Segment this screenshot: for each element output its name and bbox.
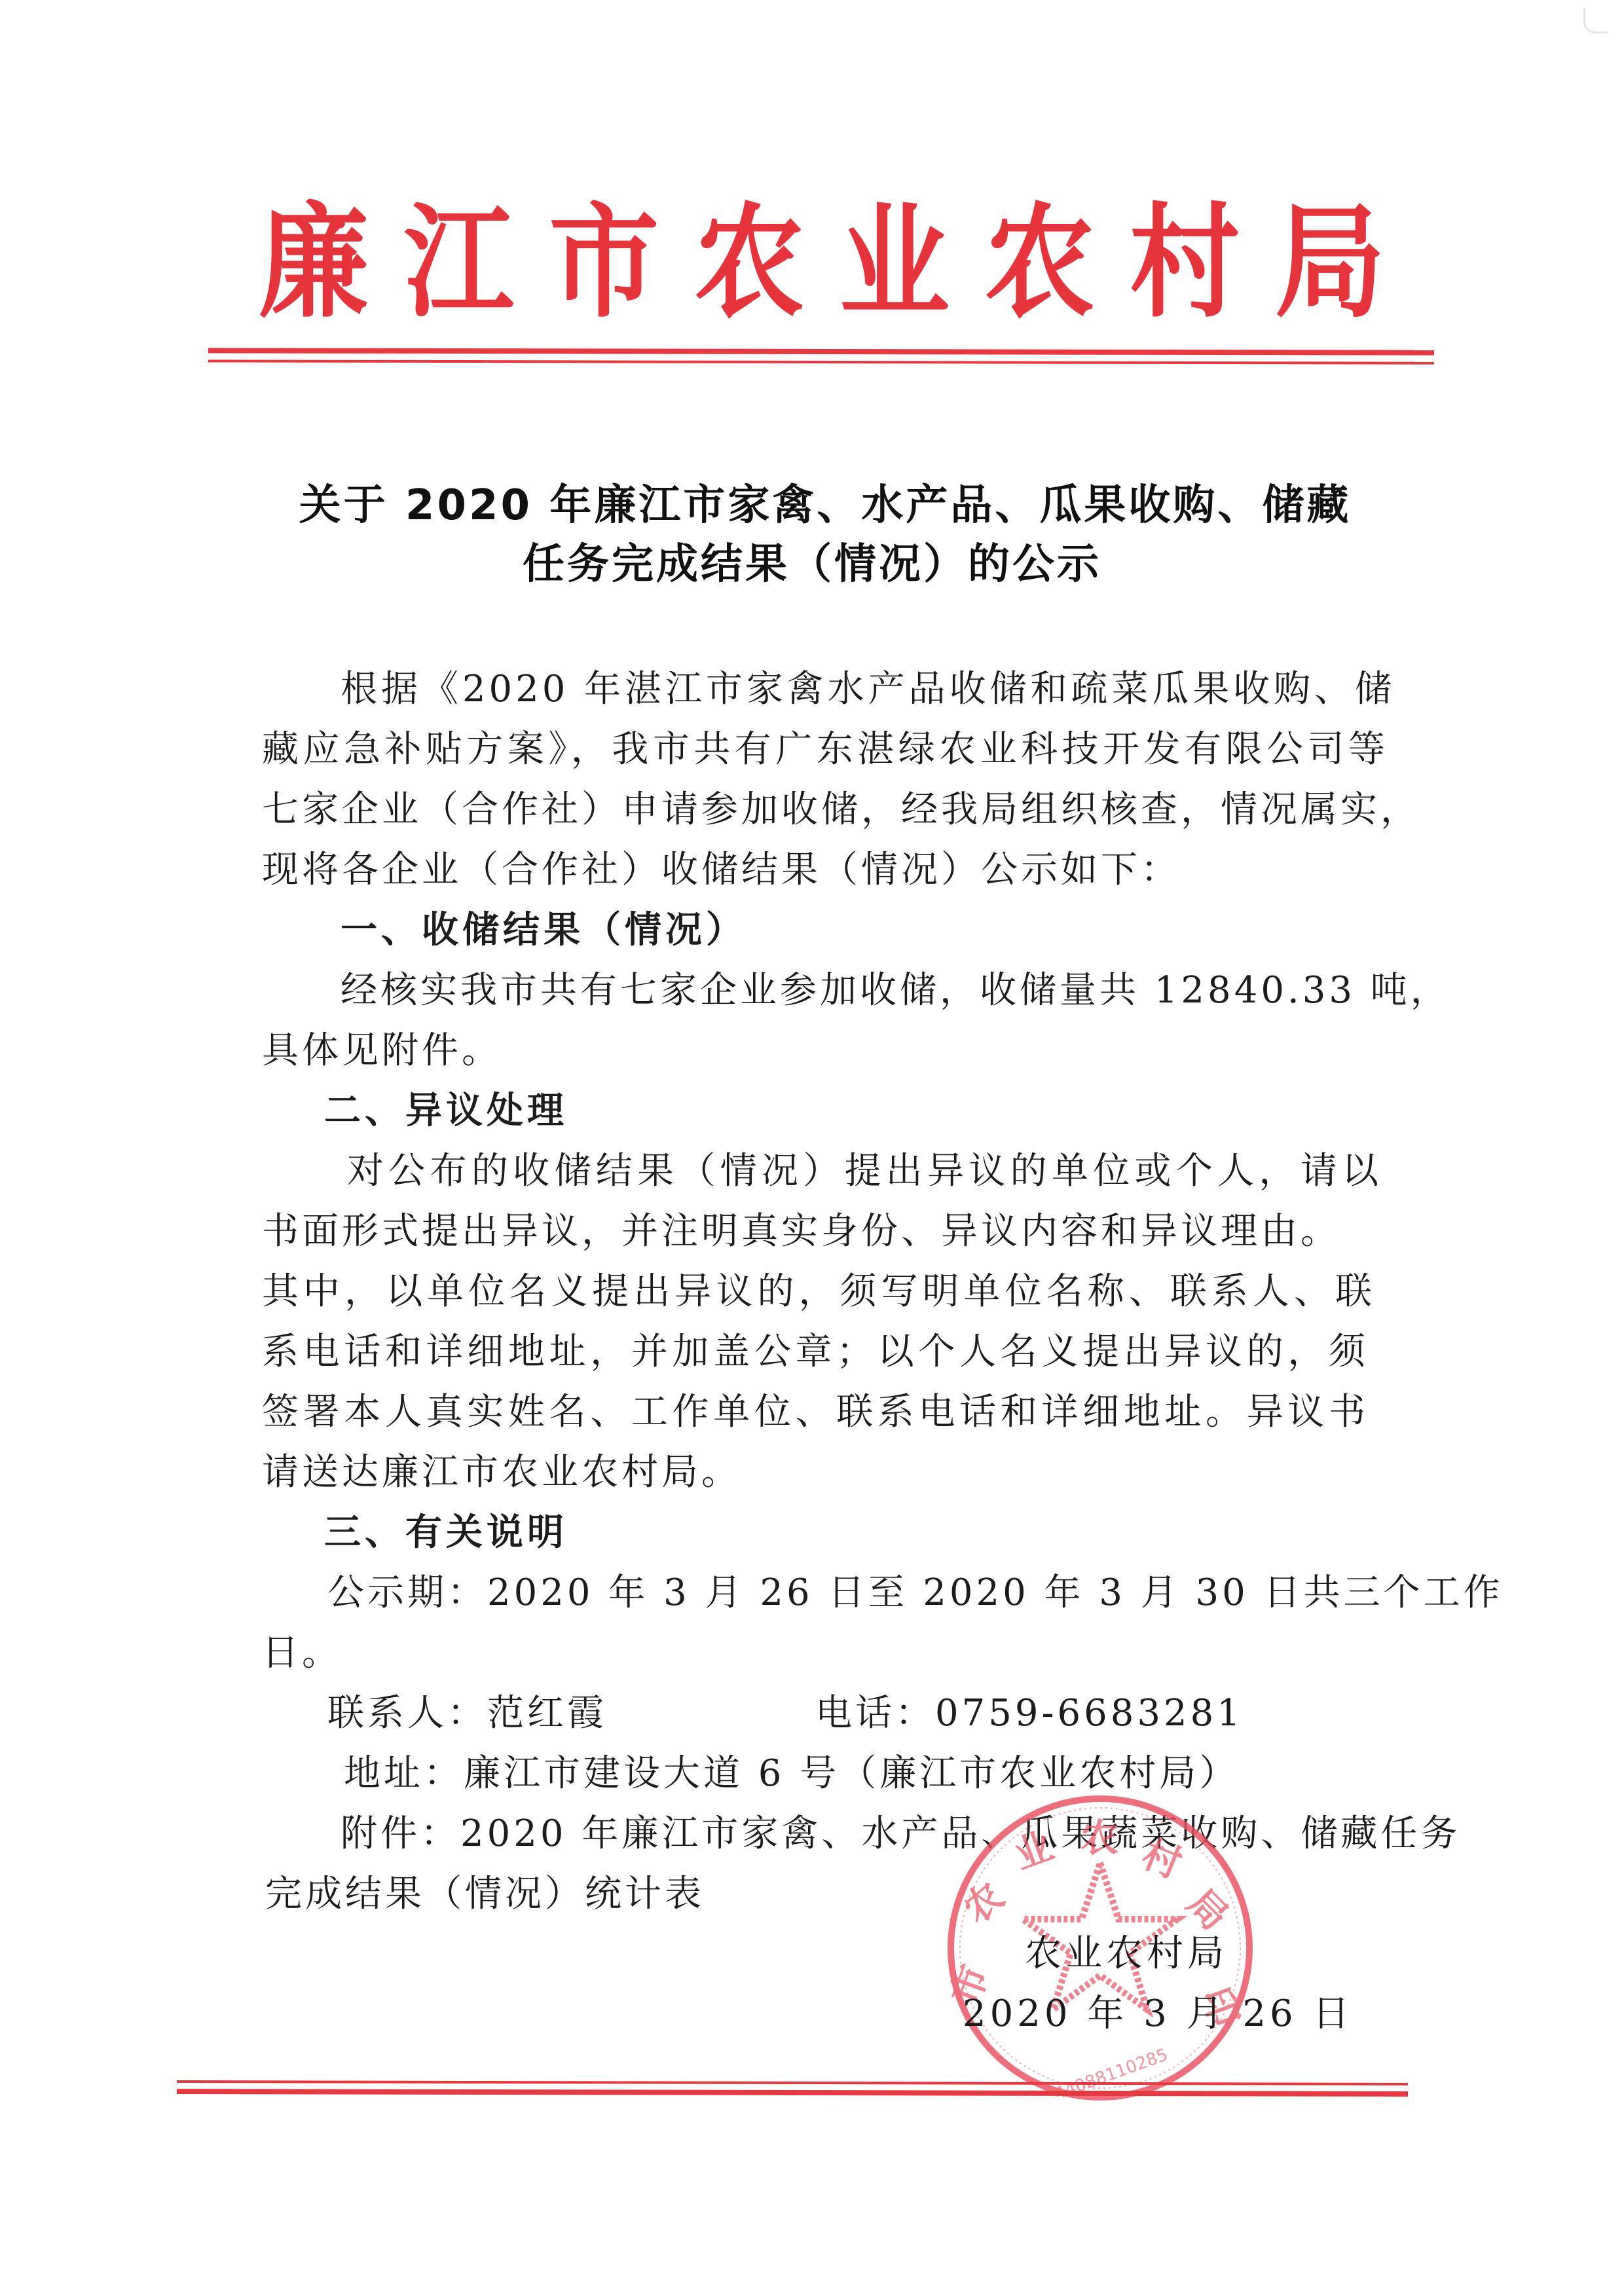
scan-corner-mark bbox=[1583, 8, 1608, 33]
signature-organization: 农业农村局 bbox=[1025, 1936, 1228, 1972]
section-line: 对公布的收储结果（情况）提出异议的单位或个人，请以 bbox=[347, 1153, 1382, 1190]
svg-text:村: 村 bbox=[1136, 1831, 1188, 1887]
section-line: 其中，以单位名义提出异议的，须写明单位名称、联系人、联 bbox=[262, 1274, 1375, 1310]
svg-text:业: 业 bbox=[1008, 1823, 1060, 1878]
intro-line: 藏应急补贴方案》，我市共有广东湛绿农业科技开发有限公司等 bbox=[262, 731, 1388, 768]
intro-line: 七家企业（合作社）申请参加收储，经我局组织核查，情况属实， bbox=[262, 792, 1388, 828]
letterhead-char: 村 bbox=[1130, 200, 1240, 323]
section-line: 签署本人真实姓名、工作单位、联系电话和详细地址。异议书 bbox=[262, 1394, 1369, 1431]
contact-phone-label: 电话： bbox=[815, 1692, 935, 1735]
letterhead-char: 业 bbox=[840, 200, 950, 323]
letterhead-char: 局 bbox=[1275, 200, 1385, 323]
letterhead-char: 农 bbox=[985, 200, 1095, 323]
svg-text:局: 局 bbox=[1179, 1881, 1237, 1939]
letterhead-char: 廉 bbox=[259, 200, 369, 323]
letterhead-divider-thick bbox=[208, 348, 1434, 355]
contact-phone: 电话：0759-6683281 bbox=[815, 1695, 1244, 1732]
intro-line: 根据《2020 年湛江市家禽水产品收储和疏菜瓜果收购、储 bbox=[341, 671, 1395, 708]
document-title-line-2: 任务完成结果（情况）的公示 bbox=[0, 543, 1624, 585]
letterhead-divider-thin bbox=[208, 359, 1434, 364]
letterhead-char: 江 bbox=[404, 200, 514, 323]
letterhead-char: 市 bbox=[549, 200, 659, 323]
attachment-line: 完成结果（情况）统计表 bbox=[265, 1876, 705, 1913]
intro-line: 现将各企业（合作社）收储结果（情况）公示如下： bbox=[262, 852, 1181, 889]
section-line: 请送达廉江市农业农村局。 bbox=[262, 1454, 741, 1491]
svg-text:农: 农 bbox=[1080, 1816, 1118, 1860]
contact-person-name: 范红霞 bbox=[487, 1692, 607, 1735]
section-heading-notes: 三、有关说明 bbox=[324, 1515, 568, 1551]
section-heading-results: 一、收储结果（情况） bbox=[341, 912, 747, 949]
section-line: 具体见附件。 bbox=[262, 1033, 502, 1069]
document-title-line-1: 关于 2020 年廉江市家禽、水产品、瓜果收购、储藏 bbox=[0, 485, 1624, 526]
contact-person: 联系人：范红霞 bbox=[327, 1695, 607, 1732]
contact-address: 地址：廉江市建设大道 6 号（廉江市农业农村局） bbox=[344, 1755, 1239, 1792]
section-line: 经核实我市共有七家企业参加收储，收储量共 12840.33 吨， bbox=[341, 972, 1395, 1009]
notice-period-line: 公示期：2020 年 3 月 26 日至 2020 年 3 月 30 日共三个工… bbox=[327, 1575, 1382, 1611]
section-line: 系电话和详细地址，并加盖公章；以个人名义提出异议的，须 bbox=[262, 1334, 1369, 1370]
contact-person-label: 联系人： bbox=[327, 1692, 487, 1735]
letterhead-char: 农 bbox=[694, 200, 804, 323]
section-line: 书面形式提出异议，并注明真实身份、异议内容和异议理由。 bbox=[262, 1213, 1340, 1250]
contact-phone-number: 0759-6683281 bbox=[935, 1692, 1244, 1735]
letterhead-title: 廉 江 市 农 业 农 村 局 bbox=[259, 196, 1385, 327]
signature-date: 2020 年 3 月 26 日 bbox=[963, 1996, 1353, 2032]
notice-period-line: 日。 bbox=[262, 1635, 342, 1672]
document-page: 廉 江 市 农 业 农 村 局 关于 2020 年廉江市家禽、水产品、瓜果收购、… bbox=[0, 0, 1624, 2295]
section-heading-objections: 二、异议处理 bbox=[324, 1093, 568, 1129]
